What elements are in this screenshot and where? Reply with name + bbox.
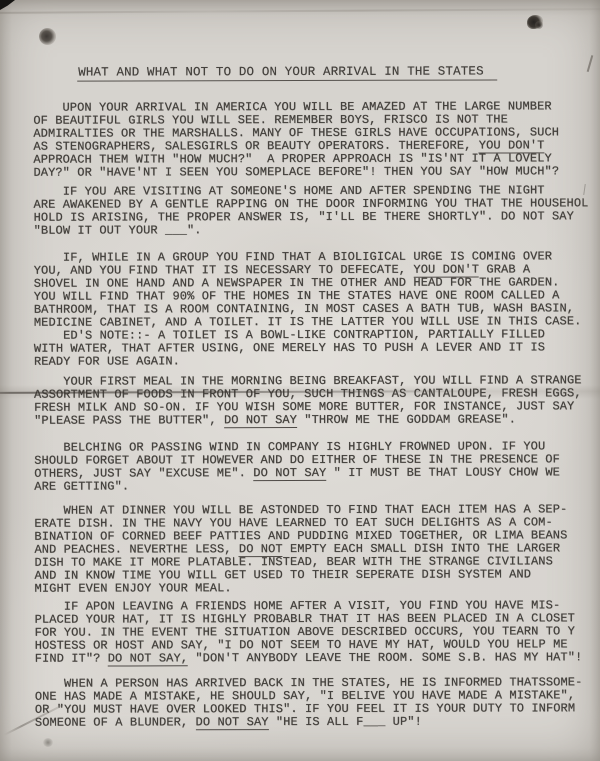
text-segment: READY FOR USE AGAIN. <box>34 354 180 368</box>
text-segment: OTHERS, JUST SAY "EXCUSE ME". <box>34 466 253 481</box>
text-segment: "THROW ME THE GODDAM GREASE". <box>297 412 516 427</box>
text-segment: " IT MUST BE THAT LOUSY CHOW WE <box>326 465 560 480</box>
document-body: WHAT AND WHAT NOT TO DO ON YOUR ARRIVAL … <box>0 0 600 761</box>
paragraph-mistake-blunder: WHEN A PERSON HAS ARRIVED BACK IN THE ST… <box>35 676 600 730</box>
document-line: DAY?" OR "HAVE'NT I SEEN YOU SOMEPLACE B… <box>33 165 600 180</box>
text-segment: "DON'T ANYBODY LEAVE THE ROOM. SOME S.B.… <box>188 650 582 665</box>
text-segment: AND IN KNOW TIME YOU WILL GET USED TO TH… <box>34 567 531 582</box>
text-segment: MIGHT EVEN ENJOY YOUR MEAL. <box>35 581 232 596</box>
document-line: MIGHT EVEN ENJOY YOUR MEAL. <box>35 581 600 596</box>
text-segment: "HE IS ALL F___ UP"! <box>269 715 422 729</box>
text-segment: WITH WATER, THAT AFTER USING, ONE MERELY… <box>34 340 545 355</box>
document-title: WHAT AND WHAT NOT TO DO ON YOUR ARRIVAL … <box>77 61 497 81</box>
paragraph-dinner-dishes: WHEN AT DINNER YOU WILL BE ASTONDED TO F… <box>34 503 600 596</box>
underlined-text: DO NOT SAY <box>196 715 269 730</box>
paragraph-belching: BELCHING OR PASSING WIND IN COMPANY IS H… <box>34 440 600 494</box>
document-line: "PLEASE PASS THE BUTTER", DO NOT SAY "TH… <box>34 413 600 428</box>
fastener-hole-mark-left <box>39 28 56 45</box>
text-segment: FIND IT"? <box>35 652 108 666</box>
document-title-text: WHAT AND WHAT NOT TO DO ON YOUR ARRIVAL … <box>77 64 497 81</box>
fastener-hole-mark-right <box>527 15 543 29</box>
paragraph-arrival-girls: UPON YOUR ARRIVAL IN AMERICA YOU WILL BE… <box>33 100 600 180</box>
text-segment: "BLOW IT OUT YOUR ___". <box>34 223 202 237</box>
underlined-text: DO NOT SAY <box>253 466 326 481</box>
smudge-mark <box>43 738 53 747</box>
scanned-typewritten-page: WHAT AND WHAT NOT TO DO ON YOUR ARRIVAL … <box>0 0 600 761</box>
document-line: READY FOR USE AGAIN. <box>34 354 600 369</box>
text-segment: "PLEASE PASS THE BUTTER", <box>34 413 224 427</box>
paragraph-breakfast: YOUR FIRST MEAL IN THE MORNING BEING BRE… <box>34 374 600 428</box>
text-segment: SOMEONE OF A BLUNDER, <box>35 715 196 729</box>
paragraph-biological-urge: IF, WHILE IN A GROUP YOU FIND THAT A BIO… <box>34 250 600 369</box>
underlined-text: DO NOT SAY <box>224 413 297 428</box>
text-segment: HOLD IS ARISING, THE PROPER ANSWER IS, "… <box>34 209 574 224</box>
text-segment: GRAB A <box>479 262 530 276</box>
document-line: ARE GETTING". <box>34 479 600 494</box>
text-segment: DAY?" OR "HAVE'NT I SEEN YOU SOMEPLACE B… <box>33 164 559 179</box>
document-line: SOMEONE OF A BLUNDER, DO NOT SAY "HE IS … <box>35 715 600 730</box>
document-line: "BLOW IT OUT YOUR ___". <box>34 223 600 238</box>
underlined-text: DO NOT SAY, <box>108 651 188 666</box>
text-segment: ARE GETTING". <box>34 479 129 493</box>
paragraph-visiting-overnight: IF YOU ARE VISITING AT SOMEONE'S HOME AN… <box>33 184 600 238</box>
document-line: FIND IT"? DO NOT SAY, "DON'T ANYBODY LEA… <box>35 651 600 666</box>
paragraph-misplaced-hat: IF APON LEAVING A FRIENDS HOME AFTER A V… <box>35 599 600 666</box>
